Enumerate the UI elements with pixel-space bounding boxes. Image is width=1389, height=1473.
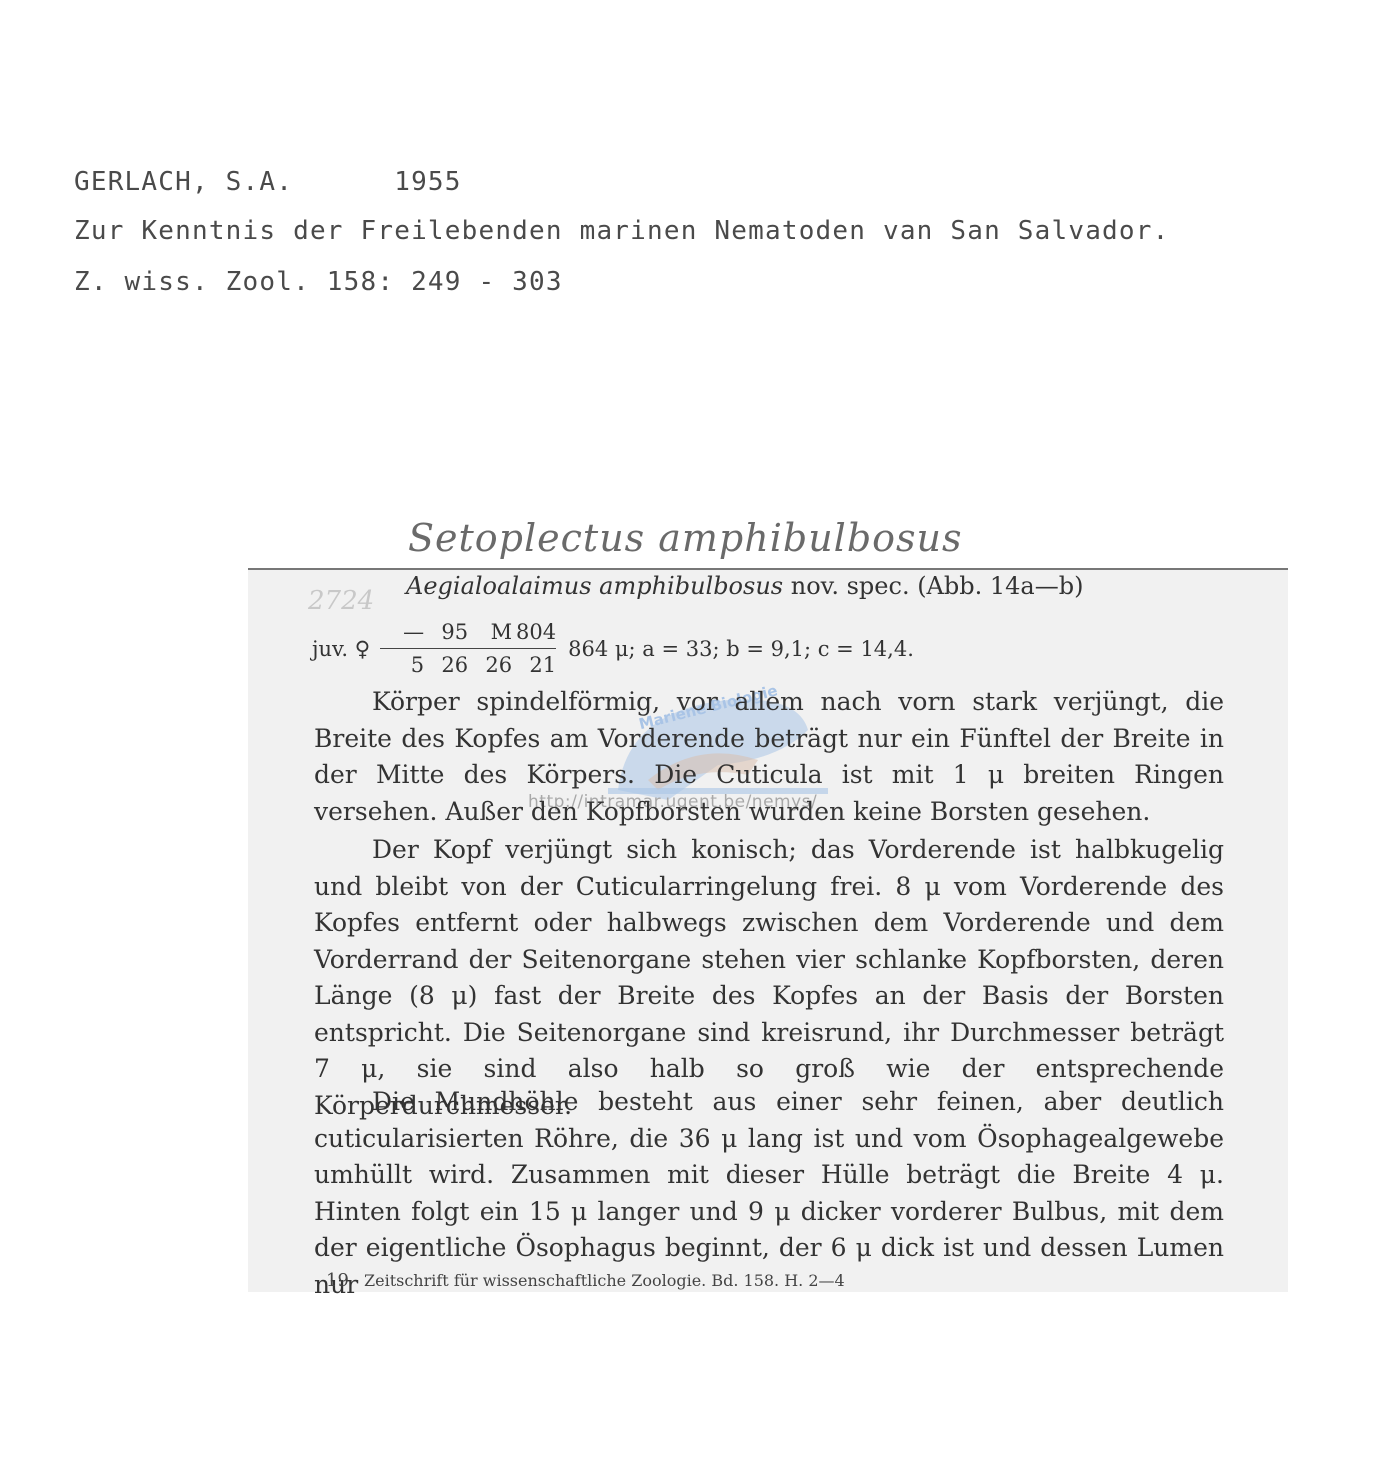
page-number: 19 [326, 1270, 349, 1291]
citation-author-year: GERLACH, S.A. 1955 [74, 167, 462, 197]
citation-journal: Z. wiss. Zool. 158: 249 - 303 [74, 267, 563, 297]
numerator: M [468, 620, 512, 644]
margin-note: 2724 [308, 586, 374, 616]
formula-ratios: 864 μ; a = 33; b = 9,1; c = 14,4. [568, 637, 914, 661]
page-footer: 19 Zeitschrift für wissenschaftliche Zoo… [326, 1270, 845, 1291]
formula-fraction: — 95 M 804 5 26 26 21 [380, 620, 556, 677]
species-heading: Aegialoalaimus amphibulbosus nov. spec. … [406, 572, 1083, 600]
denominator: 26 [424, 653, 468, 677]
species-heading-rest: nov. spec. (Abb. 14a—b) [783, 572, 1083, 600]
article-clipping: Mariene Biologie http://intramar.ugent.b… [248, 568, 1288, 1292]
journal-footer: Zeitschrift für wissenschaftliche Zoolog… [364, 1271, 845, 1290]
de-man-formula: juv. ♀ — 95 M 804 5 26 26 21 864 μ; a = … [312, 620, 914, 677]
denominator: 5 [380, 653, 424, 677]
citation-title: Zur Kenntnis der Freilebenden marinen Ne… [74, 216, 1169, 246]
denominator: 21 [512, 653, 556, 677]
denominator: 26 [468, 653, 512, 677]
handwritten-species-name: Setoplectus amphibulbosus [408, 516, 963, 560]
numerator: 95 [424, 620, 468, 644]
paragraph-body: Körper spindelförmig, vor allem nach vor… [314, 684, 1224, 830]
formula-label: juv. ♀ [312, 637, 370, 661]
paragraph-head: Der Kopf verjüngt sich konisch; das Vord… [314, 832, 1224, 1124]
numerator: — [380, 620, 424, 644]
numerator: 804 [512, 620, 556, 644]
species-name: Aegialoalaimus amphibulbosus [406, 572, 783, 600]
